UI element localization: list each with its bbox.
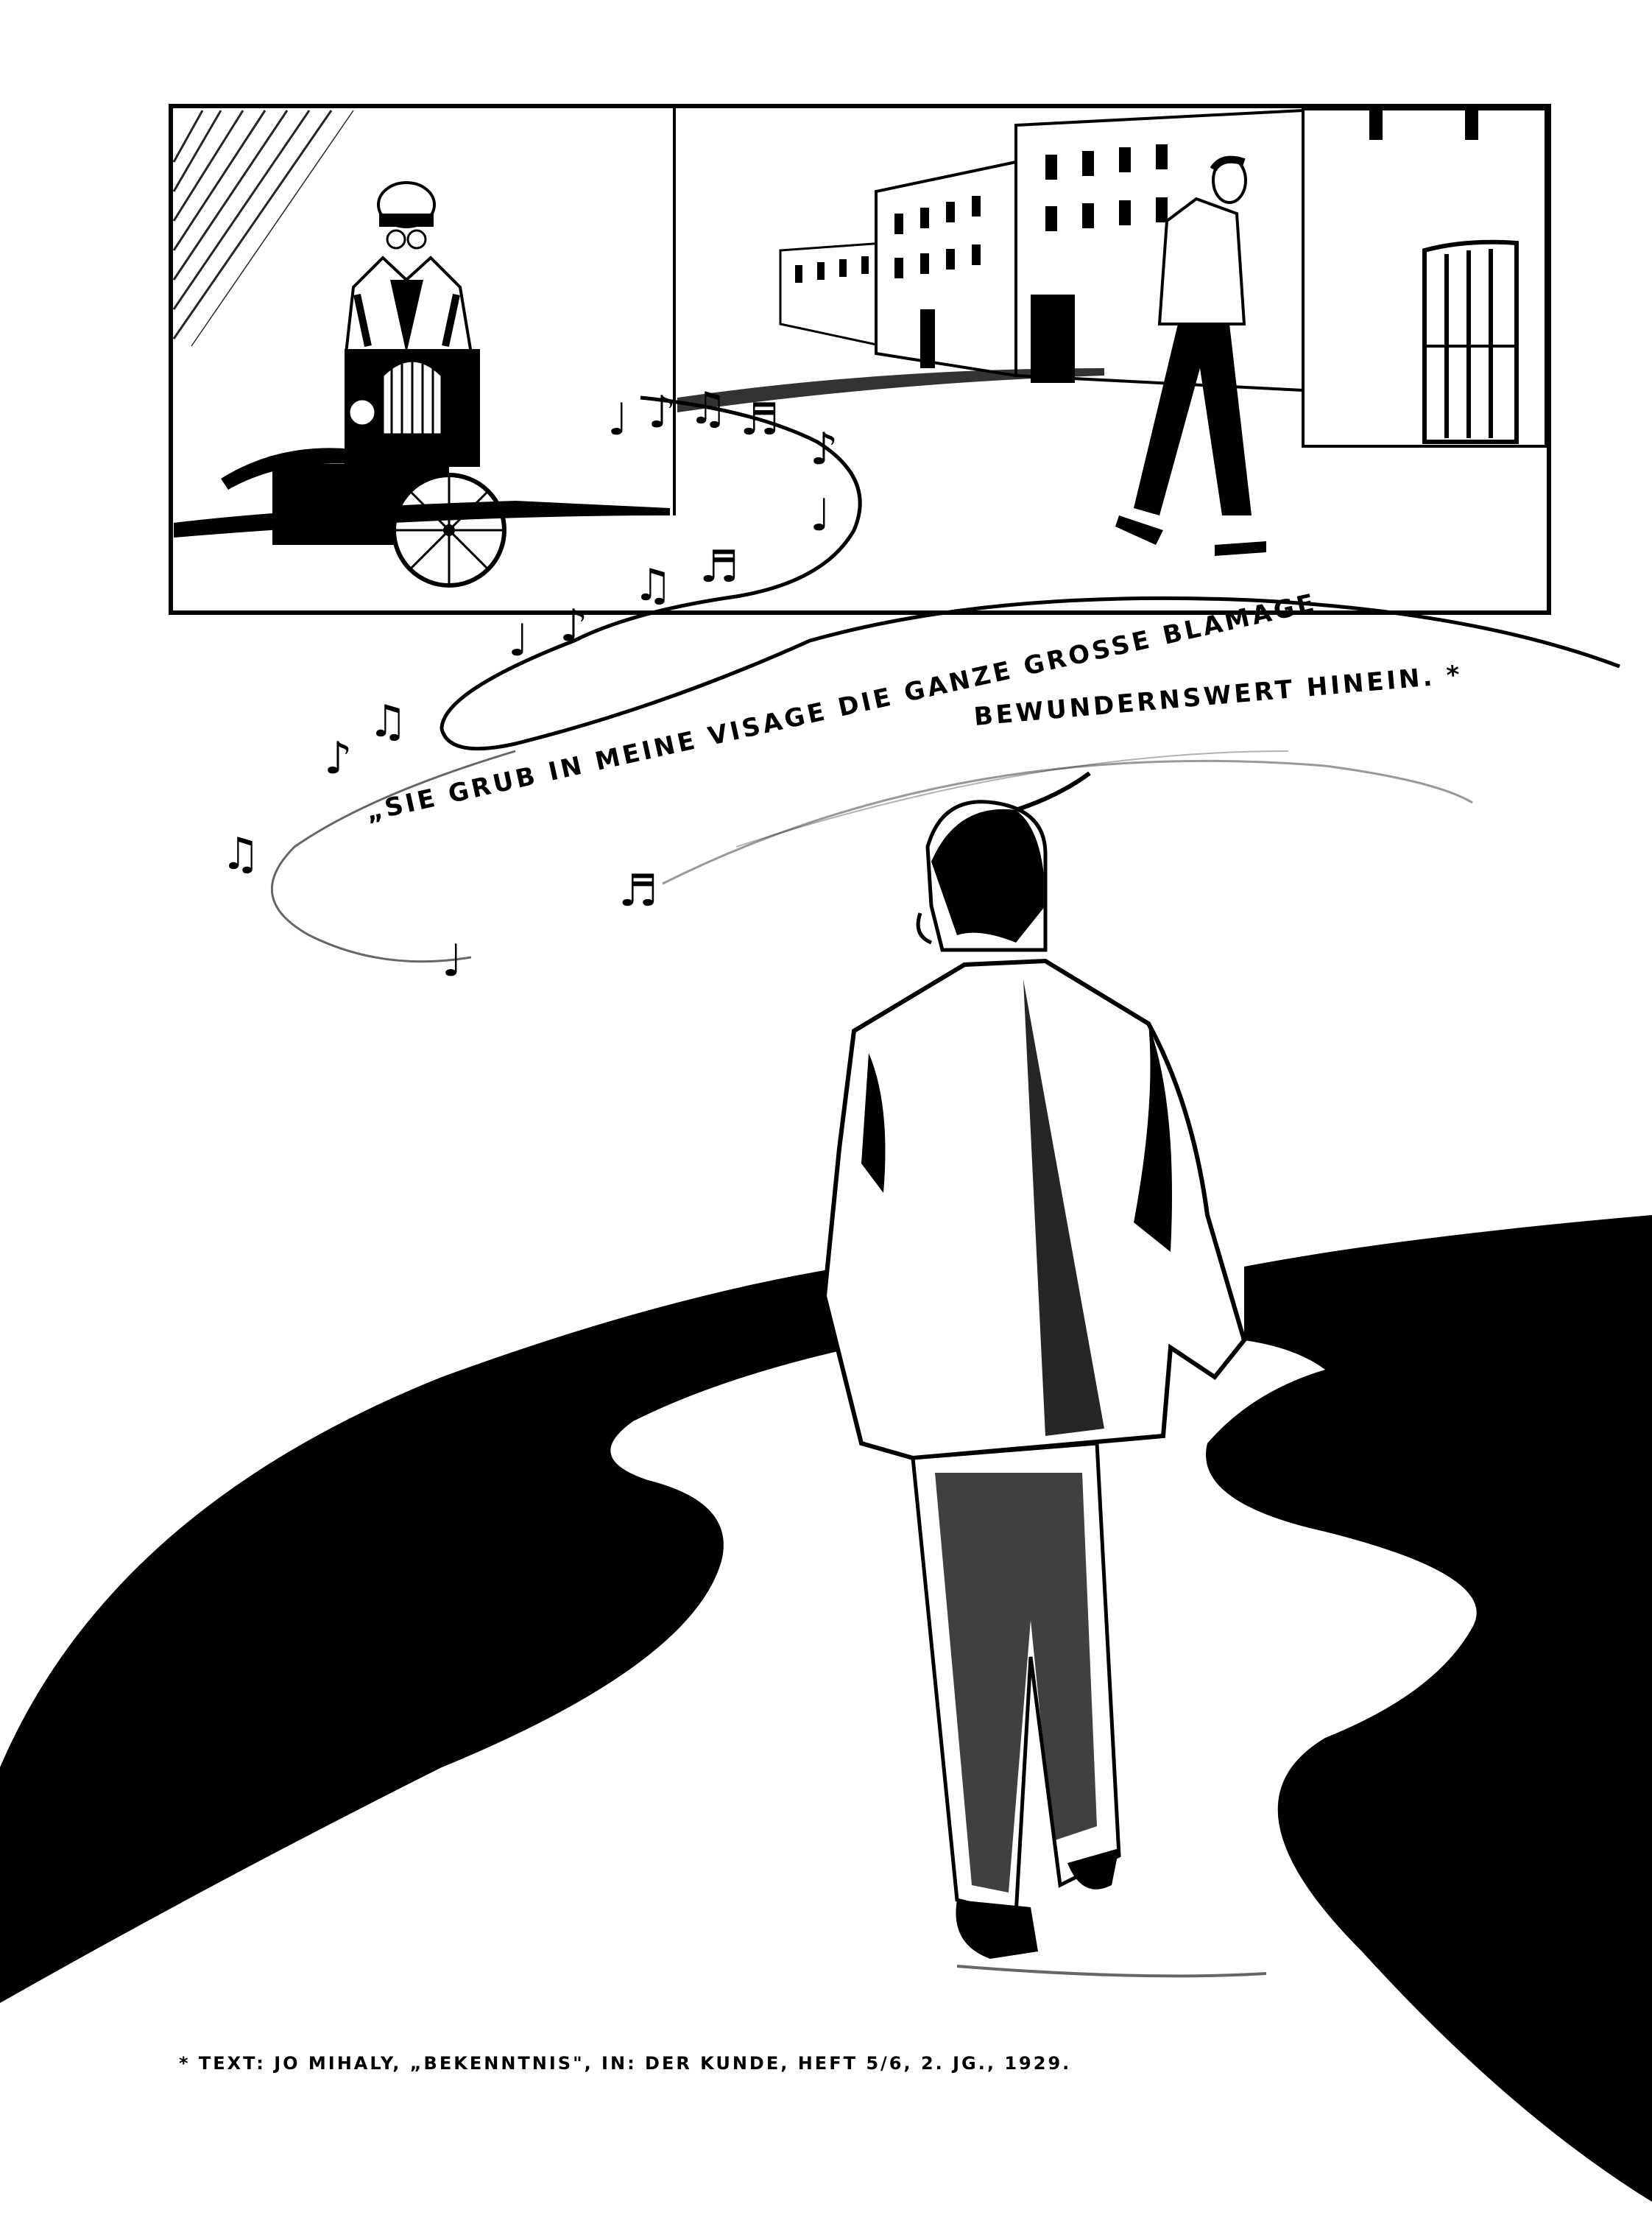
- svg-text:♩: ♩: [810, 490, 830, 541]
- svg-text:♬: ♬: [699, 541, 739, 593]
- footnote: * TEXT: JO MIHALY, „BEKENNTNIS", IN: DER…: [179, 2053, 1071, 2074]
- svg-text:♫: ♫: [688, 383, 728, 434]
- svg-text:♫: ♫: [368, 696, 408, 747]
- svg-text:♩: ♩: [607, 394, 628, 446]
- svg-text:♫: ♫: [221, 828, 261, 880]
- svg-text:♪: ♪: [560, 600, 587, 652]
- svg-text:♬: ♬: [618, 865, 658, 917]
- comic-artwork: ♩ ♪ ♫ ♬ ♪ ♩ ♬ ♫ ♪ ♩ ♫ ♪ ♫ ♬ ♩ „SIE GRUB …: [0, 0, 1652, 2218]
- walking-man-large: [825, 773, 1266, 1976]
- svg-text:♪: ♪: [324, 733, 352, 784]
- svg-text:♩: ♩: [508, 615, 529, 666]
- svg-text:♫: ♫: [633, 560, 673, 611]
- svg-text:♩: ♩: [442, 935, 462, 987]
- svg-text:♪: ♪: [648, 387, 676, 438]
- svg-text:♬: ♬: [740, 394, 780, 446]
- svg-text:♪: ♪: [810, 423, 838, 475]
- top-panel: [171, 106, 1549, 613]
